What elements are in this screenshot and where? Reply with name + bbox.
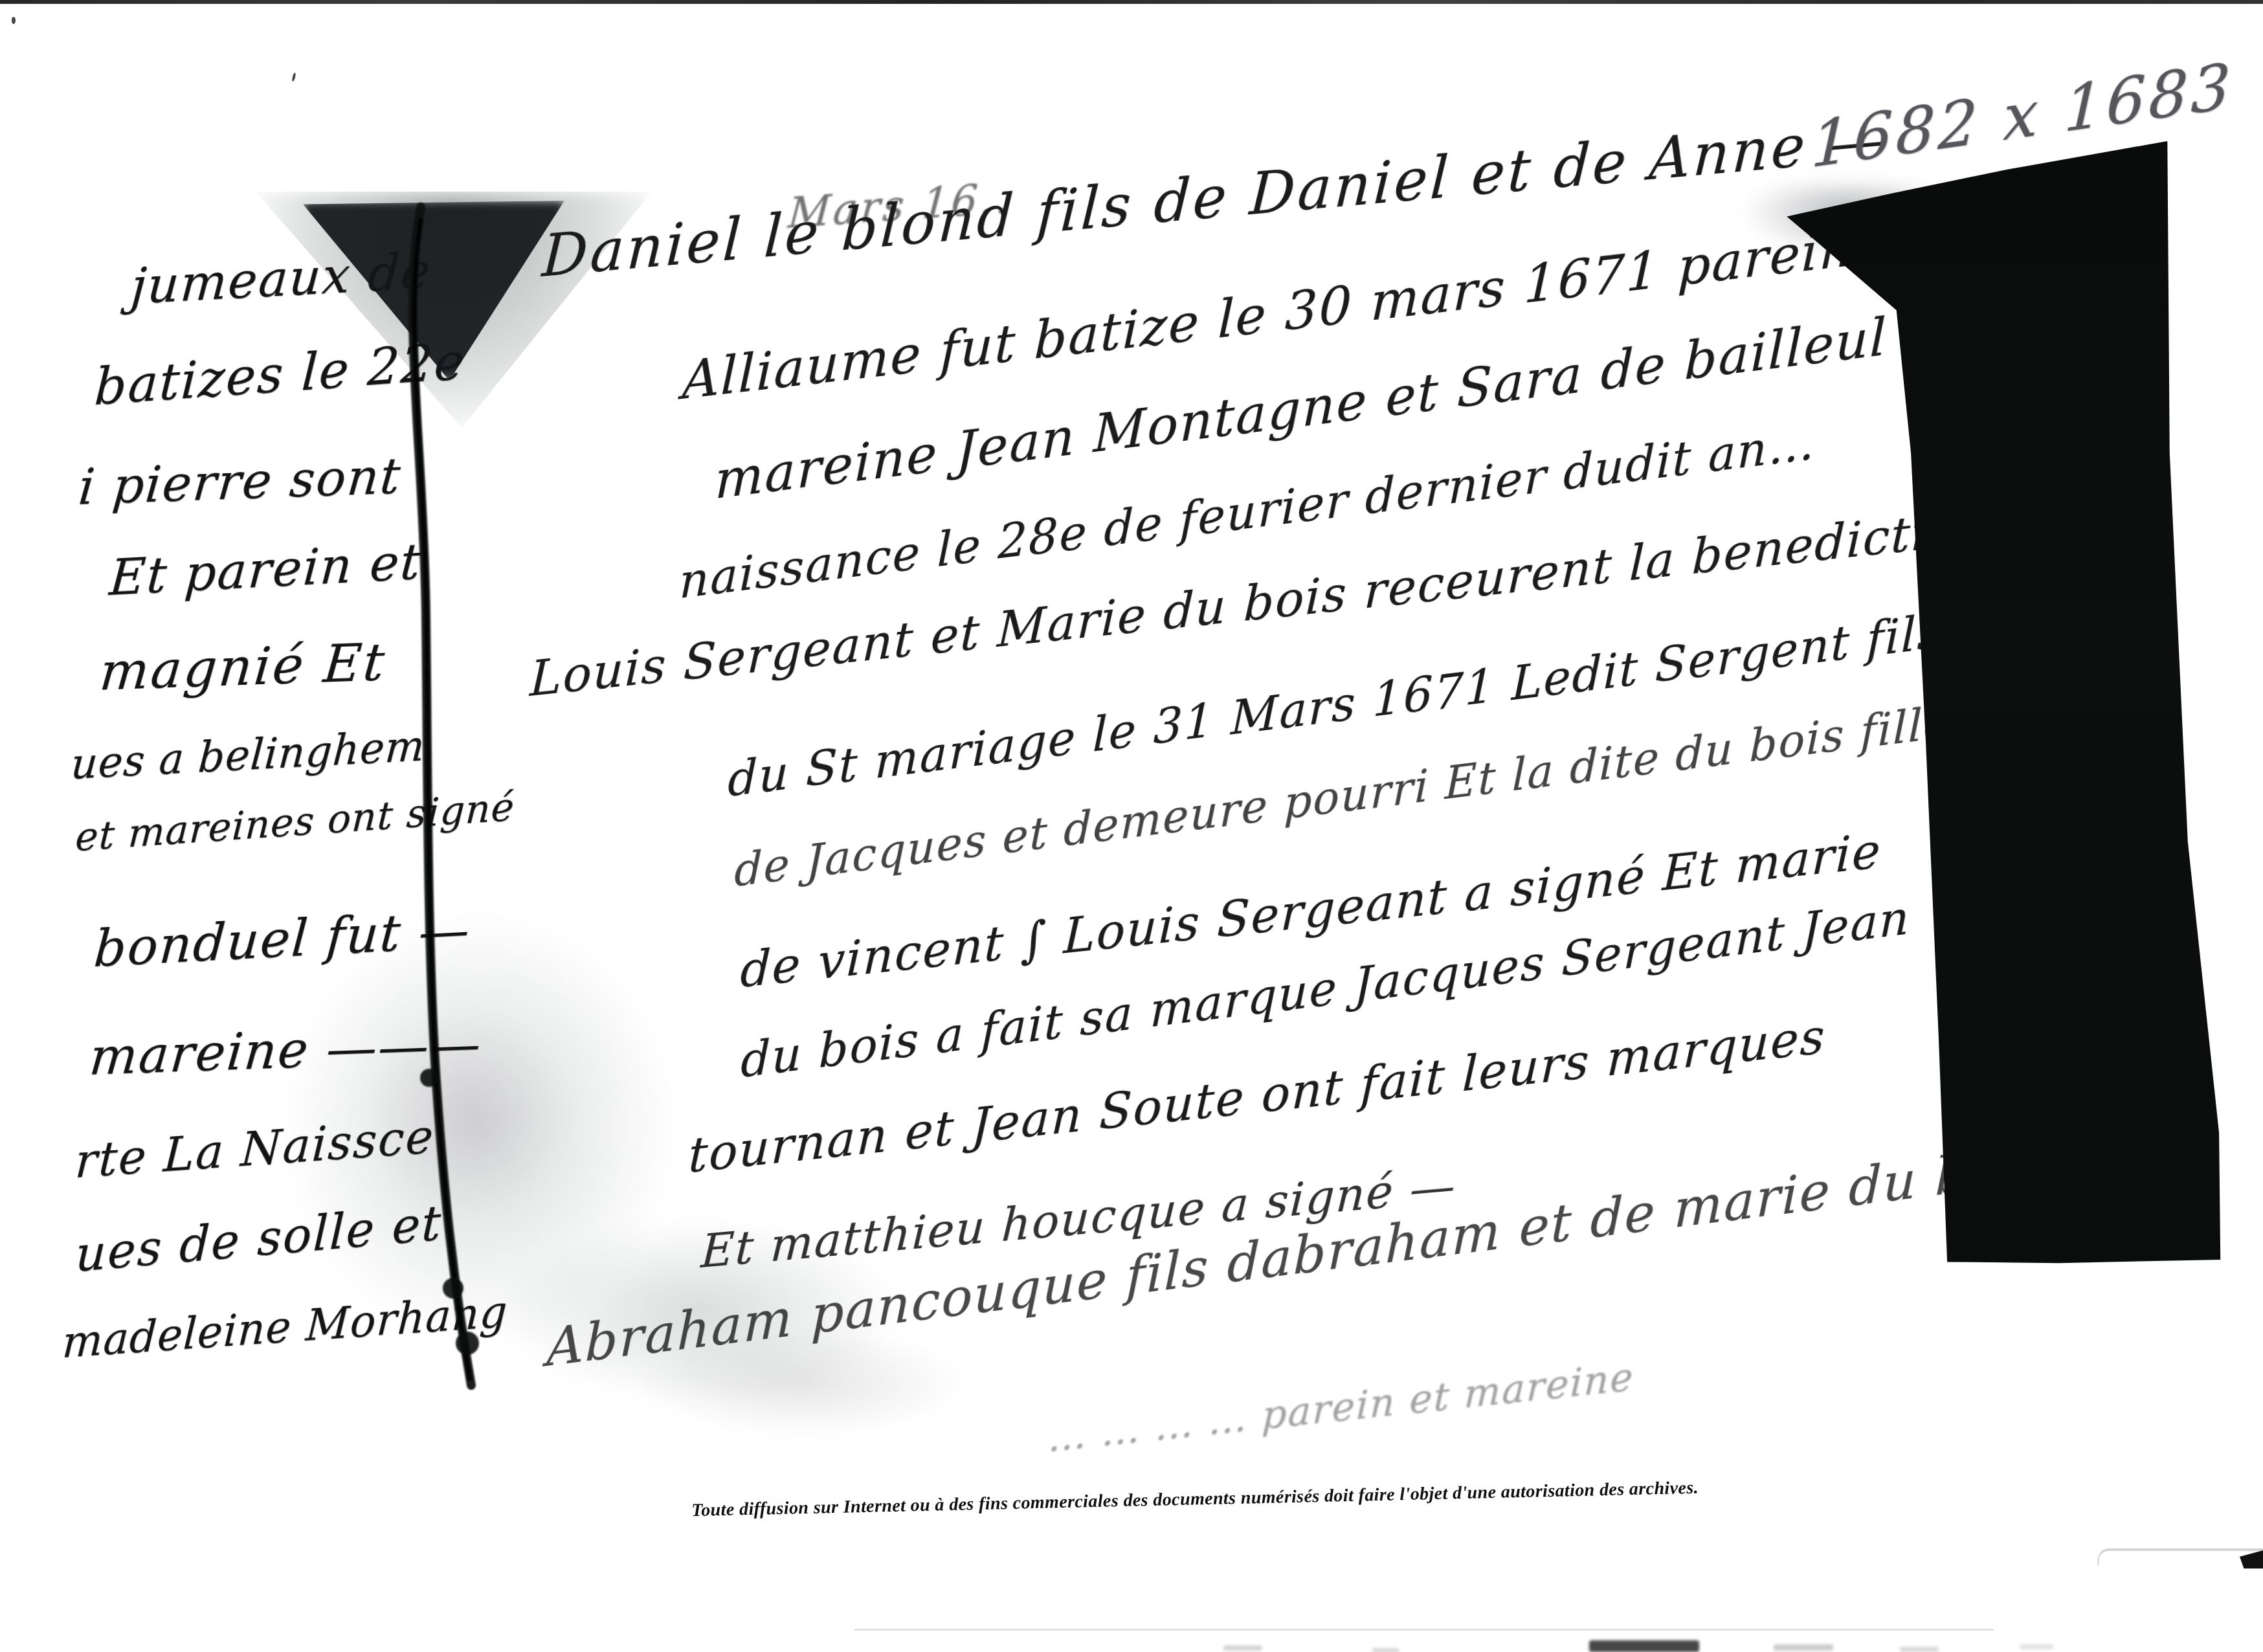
scanner-edge-line	[0, 0, 2263, 4]
scanner-artifact-line	[854, 1629, 1994, 1631]
dust-speck	[291, 73, 296, 82]
dust-speck	[12, 17, 16, 24]
paper-corner-edge	[2097, 1548, 2263, 1565]
entry-line: … … … … parein et mareine	[1047, 1357, 1635, 1458]
pencil-year-annotation: 1682 x 1683	[1810, 49, 2235, 182]
bottom-edge-mark	[1372, 1648, 1399, 1652]
book-gutter-band	[1774, 126, 2227, 1269]
fold-ink-streak	[233, 181, 686, 1411]
bottom-edge-mark	[1774, 1644, 1833, 1651]
bottom-edge-mark	[2020, 1644, 2053, 1649]
bottom-edge-mark	[1589, 1640, 1699, 1652]
bottom-edge-mark	[1900, 1647, 1939, 1652]
archive-copyright-notice: Toute diffusion sur Internet ou à des fi…	[691, 1478, 1699, 1521]
scanned-register-page: 1682 x 1683 jumeaux de batizes le 22e i …	[0, 0, 2263, 1652]
bottom-edge-mark	[1223, 1646, 1262, 1651]
